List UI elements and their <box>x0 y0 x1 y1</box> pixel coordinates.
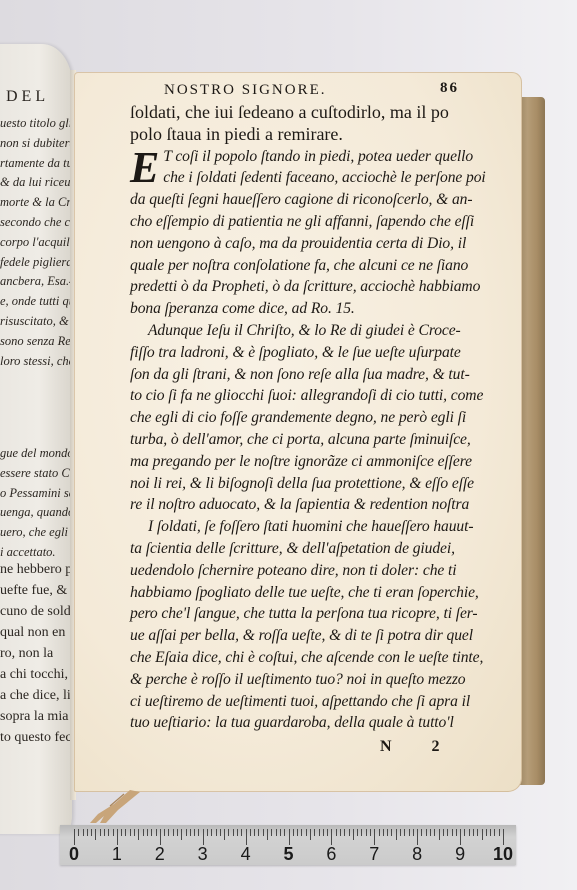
text-line: ta ſcientia delle ſcritture, & dell'aſpe… <box>130 538 510 560</box>
text-line-content: quale per noſtra conſolatione fa, che al… <box>130 257 468 274</box>
left-page-text-bottom: ne hebbero puefte fue, & ncuno de soldai… <box>0 559 72 748</box>
ruler-tick <box>503 829 504 845</box>
ruler-tick <box>349 829 350 836</box>
ruler-tick <box>409 829 410 836</box>
ruler-tick <box>421 829 422 836</box>
left-page-line: uefte fue, & n <box>0 580 72 601</box>
ruler-tick <box>319 829 320 836</box>
ruler-tick <box>361 829 362 836</box>
left-page-line: & da lui riceuera <box>0 173 72 193</box>
ruler-tick <box>246 829 247 845</box>
text-line: ue aſſai per bella, & roſſa ueſte, & di … <box>130 625 510 647</box>
ruler-tick <box>271 829 272 836</box>
text-line-content: che i ſoldati ſedenti faceano, acciochè … <box>163 169 485 186</box>
text-line: ſoldati, che iui ſedeano a cuſtodirlo, m… <box>130 102 510 124</box>
left-page-line: uero, che egli <box>0 523 72 543</box>
ruler-tick <box>156 829 157 836</box>
ruler-tick <box>430 829 431 836</box>
ruler-tick <box>477 829 478 836</box>
ruler-tick <box>108 829 109 836</box>
ruler-tick <box>216 829 217 836</box>
text-line-content: pero che'l ſangue, che tutta la perſona … <box>130 605 478 622</box>
text-line: Adunque Ieſu il Chriſto, & lo Re di giud… <box>130 320 510 342</box>
ruler-tick <box>228 829 229 836</box>
page-number: 86 <box>440 80 459 97</box>
ruler-tick <box>434 829 435 836</box>
text-line-content: ma pregando per le noſtre ignorãze ci am… <box>130 453 472 470</box>
ruler-tick <box>254 829 255 836</box>
text-line: cho eſſempio di patientia ne gli affanni… <box>130 211 510 233</box>
ruler-tick <box>160 829 161 845</box>
ruler-tick <box>391 829 392 836</box>
ruler-tick <box>263 829 264 836</box>
text-line: predetti ò da Propheti, ò da ſcritture, … <box>130 276 510 298</box>
text-line-content: cho eſſempio di patientia ne gli affanni… <box>130 213 474 230</box>
text-line: ma pregando per le noſtre ignorãze ci am… <box>130 451 510 473</box>
ruler-tick <box>194 829 195 836</box>
ruler-label: 9 <box>455 844 465 865</box>
text-line: uedendolo ſchernire poteano dire, non ti… <box>130 560 510 582</box>
text-line-content: ſon da gli ſtrani, & non ſono reſe alla … <box>130 366 470 383</box>
ruler-tick <box>387 829 388 836</box>
ruler-tick <box>490 829 491 836</box>
left-page-line: corpo l'acquile s <box>0 233 72 253</box>
ruler-tick <box>331 829 332 845</box>
text-line-content: fiſſo tra ladroni, & è ſpogliato, & le ſ… <box>130 344 461 361</box>
ruler-tick <box>186 829 187 836</box>
drop-cap: E <box>130 148 159 188</box>
ruler-tick <box>168 829 169 836</box>
text-line: noi li rei, & li biſognoſi della ſua pro… <box>130 473 510 495</box>
signature-mark: N 2 <box>130 738 510 756</box>
ruler-label: 8 <box>412 844 422 865</box>
text-line: ET coſi il popolo ſtando in piedi, potea… <box>130 146 510 168</box>
ruler-tick <box>224 829 225 840</box>
left-page-line: o Pessamini se <box>0 484 72 504</box>
left-page-line: risuscitato, & c <box>0 312 72 332</box>
ruler-tick <box>447 829 448 836</box>
ruler-tick <box>469 829 470 836</box>
ruler-tick <box>400 829 401 836</box>
ruler-tick <box>417 829 418 845</box>
left-page-line: secondo che ciascu <box>0 213 72 233</box>
text-line-content: to cio ſi fa ne gliocchi ſuoi: allegrand… <box>130 387 483 404</box>
text-line: non uengono à caſo, ma da prouidentia ce… <box>130 233 510 255</box>
ruler-tick <box>426 829 427 836</box>
ruler-tick <box>379 829 380 836</box>
text-line-content: uedendolo ſchernire poteano dire, non ti… <box>130 562 456 579</box>
ruler-tick <box>100 829 101 836</box>
ruler-tick <box>297 829 298 836</box>
text-line-content: tuo ueſtiario: la tua guardaroba, della … <box>130 714 454 731</box>
text-line-content: & perche è roſſo il ueſtimento tuo? noi … <box>130 671 466 688</box>
text-line: & perche è roſſo il ueſtimento tuo? noi … <box>130 669 510 691</box>
text-line: quale per noſtra conſolatione fa, che al… <box>130 255 510 277</box>
text-line: ci ueſtiremo de ueſtimenti tuoi, aſpetta… <box>130 691 510 713</box>
ruler-tick <box>113 829 114 836</box>
left-page-line: to questo fec <box>0 727 72 748</box>
ruler-label: 7 <box>369 844 379 865</box>
ruler-tick <box>91 829 92 836</box>
ruler-tick <box>494 829 495 836</box>
left-page-line: cuno de soldai <box>0 601 72 622</box>
ruler-tick <box>190 829 191 836</box>
text-line: ſon da gli ſtrani, & non ſono reſe alla … <box>130 364 510 386</box>
text-line-content: ſoldati, che iui ſedeano a cuſtodirlo, m… <box>130 102 449 122</box>
ruler-label: 6 <box>326 844 336 865</box>
ruler-tick <box>366 829 367 836</box>
ruler-tick <box>164 829 165 836</box>
text-line-content: noi li rei, & li biſognoſi della ſua pro… <box>130 475 474 492</box>
text-line: da queſti ſegni haueſſero cagione di ric… <box>130 189 510 211</box>
left-page-line: rtamente da tutti s <box>0 154 72 174</box>
ruler-tick <box>198 829 199 836</box>
left-page-line: fedele piglierala <box>0 253 72 273</box>
ruler-tick <box>280 829 281 836</box>
ruler-tick <box>220 829 221 836</box>
ruler-tick <box>486 829 487 836</box>
text-line: pero che'l ſangue, che tutta la perſona … <box>130 603 510 625</box>
ruler-tick <box>207 829 208 836</box>
ruler-tick <box>284 829 285 836</box>
text-line: tuo ueſtiario: la tua guardaroba, della … <box>130 712 510 734</box>
left-page-line: a che dice, li <box>0 685 72 706</box>
ruler-tick <box>233 829 234 836</box>
text-line: to cio ſi fa ne gliocchi ſuoi: allegrand… <box>130 385 510 407</box>
ruler-tick <box>396 829 397 840</box>
ruler-tick <box>439 829 440 840</box>
ruler-tick <box>104 829 105 836</box>
ruler-tick <box>211 829 212 836</box>
left-page-line: morte & la Croce <box>0 193 72 213</box>
ruler-label: 0 <box>69 844 79 865</box>
ruler-tick <box>443 829 444 836</box>
ruler-tick <box>130 829 131 836</box>
text-line-content: predetti ò da Propheti, ò da ſcritture, … <box>130 278 480 295</box>
left-page-line: uesto titolo gli fara <box>0 114 72 134</box>
ruler-tick <box>203 829 204 845</box>
left-page-line: e, onde tutti qui <box>0 292 72 312</box>
text-line-content: Adunque Ieſu il Chriſto, & lo Re di giud… <box>148 322 461 339</box>
ruler-tick <box>327 829 328 836</box>
ruler-tick <box>460 829 461 845</box>
ruler-tick <box>456 829 457 836</box>
ruler-tick <box>237 829 238 836</box>
right-page: NOSTRO SIGNORE. 86 ſoldati, che iui ſede… <box>74 72 522 792</box>
spine-edge <box>518 97 545 785</box>
running-head-title: NOSTRO SIGNORE. <box>164 82 327 99</box>
left-page-line: sono senza Re,& <box>0 332 72 352</box>
ruler-tick <box>87 829 88 836</box>
left-running-head: DEL <box>6 88 49 106</box>
text-line: che Eſaia dice, chi è coſtui, che aſcend… <box>130 647 510 669</box>
text-line: fiſſo tra ladroni, & è ſpogliato, & le ſ… <box>130 342 510 364</box>
left-page-line: sopra la mia <box>0 706 72 727</box>
ruler-tick <box>314 829 315 836</box>
ruler-tick <box>134 829 135 836</box>
bookmark-ribbon <box>84 790 154 824</box>
left-page-line: loro stessi, che <box>0 352 72 372</box>
text-line: re il noſtro aduocato, & la ſapientia & … <box>130 494 510 516</box>
text-line-content: che egli di cio foſſe grandemente degno,… <box>130 409 466 426</box>
ruler-tick <box>370 829 371 836</box>
text-line: bona ſperanza come dice, ad Ro. 15. <box>130 298 510 320</box>
ruler-tick <box>151 829 152 836</box>
ruler-tick <box>241 829 242 836</box>
ruler-tick <box>344 829 345 836</box>
ruler-tick <box>452 829 453 836</box>
text-line-content: re il noſtro aduocato, & la ſapientia & … <box>130 496 469 513</box>
ruler-tick <box>357 829 358 836</box>
text-line: I ſoldati, ſe foſſero ſtati huomini che … <box>130 516 510 538</box>
ruler-tick <box>121 829 122 836</box>
ruler-ticks <box>74 829 503 845</box>
left-page-line: gue del mondo ti <box>0 444 72 464</box>
ruler-tick <box>95 829 96 840</box>
ruler-label: 2 <box>155 844 165 865</box>
left-page-line: essere stato Croci <box>0 464 72 484</box>
ruler-tick <box>276 829 277 836</box>
left-page-line: ancbera, Esa.40. <box>0 272 72 292</box>
left-page-line: qual non en <box>0 622 72 643</box>
measurement-ruler: 012345678910 <box>60 825 516 865</box>
ruler-tick <box>499 829 500 836</box>
ruler-tick <box>83 829 84 836</box>
ruler-tick <box>147 829 148 836</box>
ruler-tick <box>125 829 126 836</box>
text-line: habbiamo ſpogliato delle tue ueſte, che … <box>130 582 510 604</box>
ruler-tick <box>250 829 251 836</box>
text-line-content: ta ſcientia delle ſcritture, & dell'aſpe… <box>130 540 455 557</box>
ruler-tick <box>413 829 414 836</box>
ruler-tick <box>306 829 307 836</box>
text-line: turba, ò dell'amor, che ci porta, alcuna… <box>130 429 510 451</box>
text-line: che egli di cio foſſe grandemente degno,… <box>130 407 510 429</box>
text-line-content: che Eſaia dice, chi è coſtui, che aſcend… <box>130 649 483 666</box>
ruler-tick <box>301 829 302 836</box>
left-page-line: ro, non la <box>0 643 72 664</box>
ruler-tick <box>404 829 405 836</box>
ruler-tick <box>117 829 118 845</box>
ruler-tick <box>258 829 259 836</box>
ruler-tick <box>323 829 324 836</box>
ruler-label: 3 <box>198 844 208 865</box>
ruler-tick <box>336 829 337 836</box>
text-line-content: polo ſtaua in piedi a remirare. <box>130 124 343 144</box>
ruler-tick <box>464 829 465 836</box>
ruler-label: 1 <box>112 844 122 865</box>
ruler-tick <box>138 829 139 840</box>
ruler-tick <box>289 829 290 845</box>
ruler-tick <box>482 829 483 840</box>
text-line: polo ſtaua in piedi a remirare. <box>130 124 510 146</box>
page-text: NOSTRO SIGNORE. 86 ſoldati, che iui ſede… <box>130 80 510 756</box>
text-line: che i ſoldati ſedenti faceano, acciochè … <box>130 167 510 189</box>
text-line-content: bona ſperanza come dice, ad Ro. 15. <box>130 300 355 317</box>
text-line-content: habbiamo ſpogliato delle tue ueſte, che … <box>130 584 479 601</box>
ruler-tick <box>173 829 174 836</box>
ruler-label: 5 <box>283 844 293 865</box>
ruler-tick <box>143 829 144 836</box>
ruler-tick <box>293 829 294 836</box>
ruler-tick <box>473 829 474 836</box>
ruler-tick <box>374 829 375 845</box>
ruler-tick <box>353 829 354 840</box>
ruler-tick <box>74 829 75 845</box>
text-line-content: non uengono à caſo, ma da prouidentia ce… <box>130 235 466 252</box>
left-page-line: uenga, quando <box>0 503 72 523</box>
left-page-text-top: uesto titolo gli faranon si dubitera pir… <box>0 114 72 371</box>
text-line-content: ci ueſtiremo de ueſtimenti tuoi, aſpetta… <box>130 693 470 710</box>
ruler-tick <box>267 829 268 840</box>
text-line-content: I ſoldati, ſe foſſero ſtati huomini che … <box>148 518 473 535</box>
left-page-text-middle: gue del mondo tiessere stato Crocio Pess… <box>0 444 72 563</box>
ruler-tick <box>181 829 182 840</box>
ruler-tick <box>383 829 384 836</box>
left-page-line: non si dubitera pi <box>0 134 72 154</box>
left-page: DEL uesto titolo gli faranon si dubitera… <box>0 44 72 834</box>
ruler-label: 10 <box>493 844 513 865</box>
text-line-content: T coſi il popolo ſtando in piedi, potea … <box>163 148 473 165</box>
ruler-tick <box>340 829 341 836</box>
ruler-tick <box>177 829 178 836</box>
text-line-content: ue aſſai per bella, & roſſa ueſte, & di … <box>130 627 473 644</box>
text-line-content: turba, ò dell'amor, che ci porta, alcuna… <box>130 431 471 448</box>
ruler-tick <box>310 829 311 840</box>
ruler-label: 4 <box>241 844 251 865</box>
running-head: NOSTRO SIGNORE. 86 <box>130 80 510 102</box>
ruler-tick <box>78 829 79 836</box>
left-page-line: a chi tocchi, <box>0 664 72 685</box>
body-text: ſoldati, che iui ſedeano a cuſtodirlo, m… <box>130 102 510 734</box>
left-page-line: ne hebbero p <box>0 559 72 580</box>
text-line-content: da queſti ſegni haueſſero cagione di ric… <box>130 191 472 208</box>
